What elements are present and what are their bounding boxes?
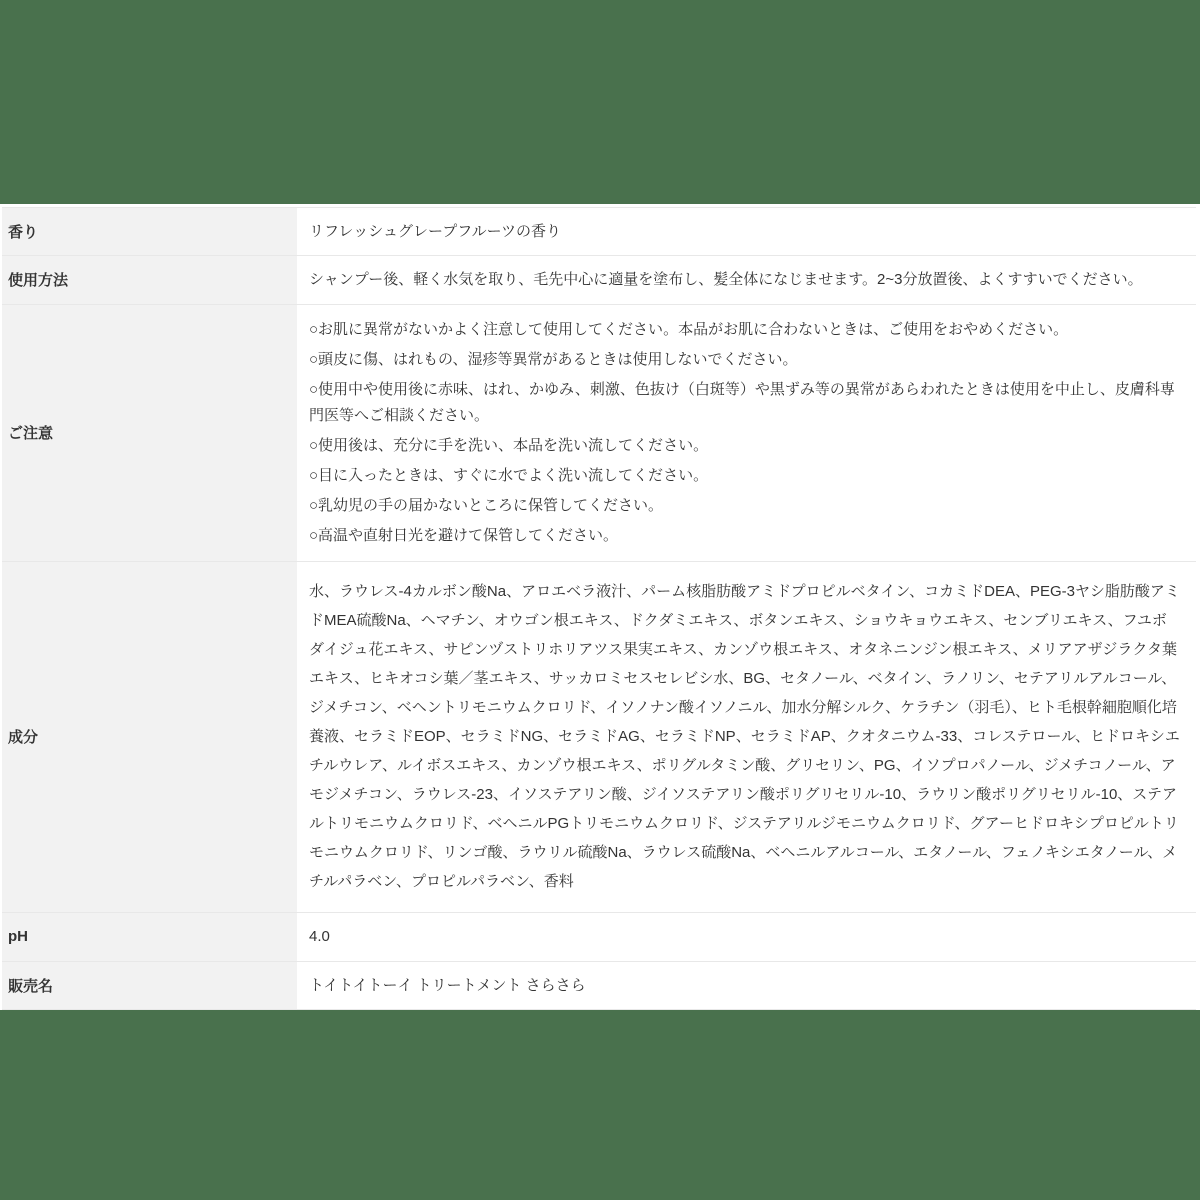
caution-item: ○頭皮に傷、はれもの、湿疹等異常があるときは使用しないでください。	[309, 347, 1180, 373]
usage-text: シャンプー後、軽く水気を取り、毛先中心に適量を塗布し、髪全体になじませます。2~…	[309, 268, 1180, 291]
row-value-fragrance: リフレッシュグレープフルーツの香り	[297, 208, 1196, 255]
row-value-ph: 4.0	[297, 913, 1196, 961]
caution-item: ○使用中や使用後に赤味、はれ、かゆみ、刺激、色抜け（白斑等）や黒ずみ等の異常があ…	[309, 377, 1180, 429]
caution-item: ○使用後は、充分に手を洗い、本品を洗い流してください。	[309, 433, 1180, 459]
ph-text: 4.0	[309, 925, 1180, 948]
spec-row-ph: pH 4.0	[2, 913, 1196, 962]
spec-row-usage: 使用方法 シャンプー後、軽く水気を取り、毛先中心に適量を塗布し、髪全体になじませ…	[2, 256, 1196, 304]
caution-item: ○乳幼児の手の届かないところに保管してください。	[309, 493, 1180, 519]
spec-row-fragrance: 香り リフレッシュグレープフルーツの香り	[2, 208, 1196, 256]
row-label-usage: 使用方法	[2, 256, 297, 303]
spec-row-product-name: 販売名 トイトイトーイ トリートメント さらさら	[2, 962, 1196, 1010]
product-page-background: { "page": { "background_color": "#49714D…	[0, 0, 1200, 1200]
row-label-ph: pH	[2, 913, 297, 961]
row-label-product-name: 販売名	[2, 962, 297, 1009]
spec-row-cautions: ご注意 ○お肌に異常がないかよく注意して使用してください。本品がお肌に合わないと…	[2, 305, 1196, 562]
caution-item: ○お肌に異常がないかよく注意して使用してください。本品がお肌に合わないときは、ご…	[309, 317, 1180, 343]
caution-item: ○目に入ったときは、すぐに水でよく洗い流してください。	[309, 463, 1180, 489]
spec-row-ingredients: 成分 水、ラウレス-4カルボン酸Na、アロエベラ液汁、パーム核脂肪酸アミドプロピ…	[2, 562, 1196, 913]
row-value-cautions: ○お肌に異常がないかよく注意して使用してください。本品がお肌に合わないときは、ご…	[297, 305, 1196, 561]
row-label-cautions: ご注意	[2, 305, 297, 561]
row-value-usage: シャンプー後、軽く水気を取り、毛先中心に適量を塗布し、髪全体になじませます。2~…	[297, 256, 1196, 303]
product-spec-table: 香り リフレッシュグレープフルーツの香り 使用方法 シャンプー後、軽く水気を取り…	[2, 207, 1196, 1010]
product-name-text: トイトイトーイ トリートメント さらさら	[309, 974, 1180, 997]
row-value-product-name: トイトイトーイ トリートメント さらさら	[297, 962, 1196, 1009]
fragrance-text: リフレッシュグレープフルーツの香り	[309, 220, 1180, 243]
ingredients-text: 水、ラウレス-4カルボン酸Na、アロエベラ液汁、パーム核脂肪酸アミドプロピルベタ…	[309, 577, 1180, 896]
caution-item: ○高温や直射日光を避けて保管してください。	[309, 523, 1180, 549]
row-label-fragrance: 香り	[2, 208, 297, 255]
row-label-ingredients: 成分	[2, 562, 297, 912]
spec-section: 香り リフレッシュグレープフルーツの香り 使用方法 シャンプー後、軽く水気を取り…	[0, 204, 1200, 1010]
row-value-ingredients: 水、ラウレス-4カルボン酸Na、アロエベラ液汁、パーム核脂肪酸アミドプロピルベタ…	[297, 562, 1196, 912]
